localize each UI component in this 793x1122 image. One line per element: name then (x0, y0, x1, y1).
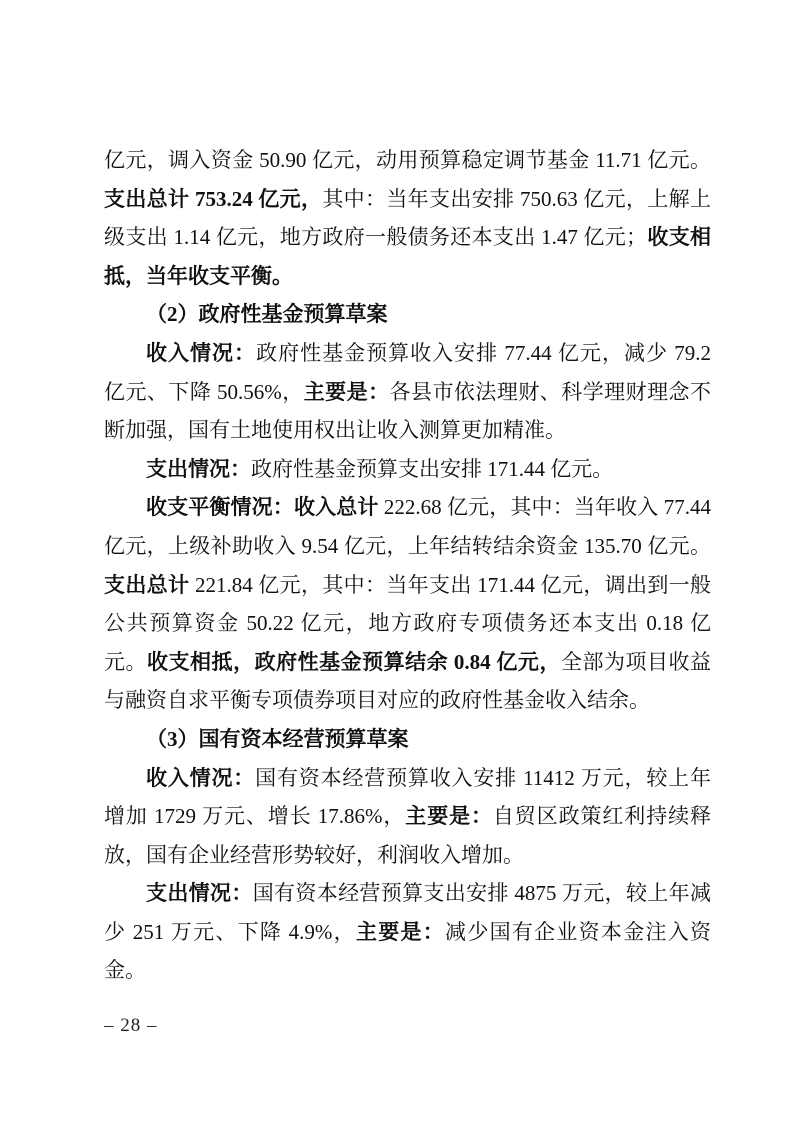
emphasis-text: 支出总计 (104, 573, 189, 597)
document-page: 亿元，调入资金 50.90 亿元，动用预算稳定调节基金 11.71 亿元。支出总… (0, 0, 793, 1122)
emphasis-text: 支出总计 753.24 亿元， (104, 187, 322, 211)
emphasis-text: 主要是： (356, 920, 445, 944)
emphasis-text: 主要是： (304, 380, 390, 404)
emphasis-text: 收支平衡情况：收入总计 (146, 495, 379, 519)
emphasis-text: 收入情况： (146, 766, 255, 790)
emphasis-text: 支出情况： (146, 457, 251, 481)
paragraph-gov-fund-income: 收入情况：政府性基金预算收入安排 77.44 亿元，减少 79.2 亿元、下降 … (104, 334, 711, 450)
emphasis-text: 支出情况： (146, 881, 253, 905)
emphasis-text: （3）国有资本经营预算草案 (146, 727, 409, 751)
emphasis-text: 收入情况： (146, 341, 256, 365)
emphasis-text: 主要是： (405, 804, 493, 828)
paragraph-state-capital-income: 收入情况：国有资本经营预算收入安排 11412 万元，较上年增加 1729 万元… (104, 759, 711, 875)
paragraph-general-budget-continuation: 亿元，调入资金 50.90 亿元，动用预算稳定调节基金 11.71 亿元。支出总… (104, 141, 711, 295)
page-number: – 28 – (104, 1013, 158, 1039)
emphasis-text: （2）政府性基金预算草案 (146, 302, 388, 326)
paragraph-gov-fund-balance: 收支平衡情况：收入总计 222.68 亿元，其中：当年收入 77.44 亿元，上… (104, 488, 711, 720)
document-body: 亿元，调入资金 50.90 亿元，动用预算稳定调节基金 11.71 亿元。支出总… (104, 141, 711, 990)
emphasis-text: 收支相抵，政府性基金预算结余 0.84 亿元， (147, 650, 561, 674)
section-heading-state-capital-budget: （3）国有资本经营预算草案 (104, 720, 711, 759)
paragraph-state-capital-expense: 支出情况：国有资本经营预算支出安排 4875 万元，较上年减少 251 万元、下… (104, 874, 711, 990)
section-heading-gov-fund-budget: （2）政府性基金预算草案 (104, 295, 711, 334)
body-text: 政府性基金预算支出安排 171.44 亿元。 (251, 457, 613, 481)
paragraph-gov-fund-expense: 支出情况：政府性基金预算支出安排 171.44 亿元。 (104, 450, 711, 489)
body-text: 亿元，调入资金 50.90 亿元，动用预算稳定调节基金 11.71 亿元。 (104, 148, 711, 172)
